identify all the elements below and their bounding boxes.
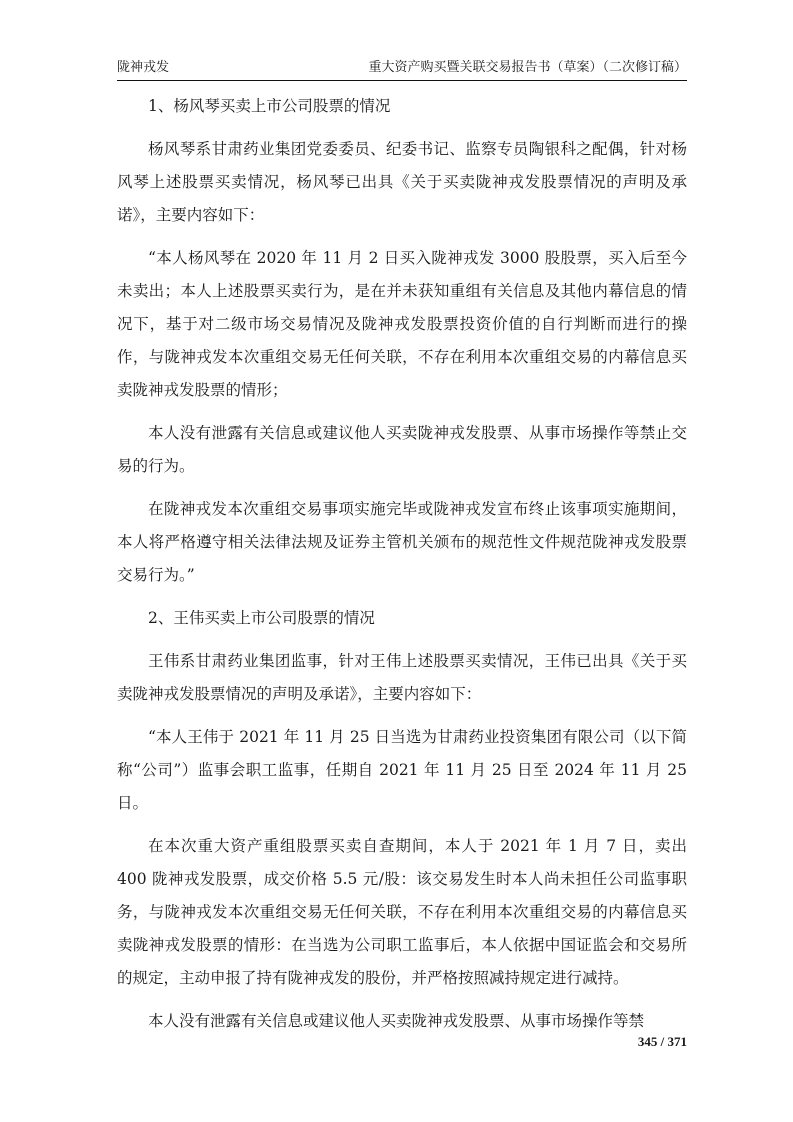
section-heading-2: 2、王伟买卖上市公司股票的情况 xyxy=(117,602,687,635)
paragraph: “本人王伟于 2021 年 11 月 25 日当选为甘肃药业投资集团有限公司（以… xyxy=(117,721,687,820)
header-company-name: 陇神戎发 xyxy=(117,58,169,78)
page-header: 陇神戎发 重大资产购买暨关联交易报告书（草案）（二次修订稿） xyxy=(117,58,687,81)
header-document-title: 重大资产购买暨关联交易报告书（草案）（二次修订稿） xyxy=(368,58,687,78)
paragraph: 杨风琴系甘肃药业集团党委委员、纪委书记、监察专员陶银科之配偶，针对杨风琴上述股票… xyxy=(117,133,687,232)
page-number: 345 / 371 xyxy=(638,1034,687,1050)
paragraph: 王伟系甘肃药业集团监事，针对王伟上述股票买卖情况，王伟已出具《关于买卖陇神戎发股… xyxy=(117,645,687,711)
paragraph: 在陇神戎发本次重组交易事项实施完毕或陇神戎发宣布终止该事项实施期间，本人将严格遵… xyxy=(117,493,687,592)
paragraph: 本人没有泄露有关信息或建议他人买卖陇神戎发股票、从事市场操作等禁止交易的行为。 xyxy=(117,417,687,483)
section-heading-1: 1、杨风琴买卖上市公司股票的情况 xyxy=(117,90,687,123)
paragraph: 在本次重大资产重组股票买卖自查期间，本人于 2021 年 1 月 7 日，卖出 … xyxy=(117,830,687,995)
paragraph: “本人杨风琴在 2020 年 11 月 2 日买入陇神戎发 3000 股股票，买… xyxy=(117,242,687,407)
document-body: 1、杨风琴买卖上市公司股票的情况 杨风琴系甘肃药业集团党委委员、纪委书记、监察专… xyxy=(117,90,687,1048)
paragraph: 本人没有泄露有关信息或建议他人买卖陇神戎发股票、从事市场操作等禁 xyxy=(117,1005,687,1038)
